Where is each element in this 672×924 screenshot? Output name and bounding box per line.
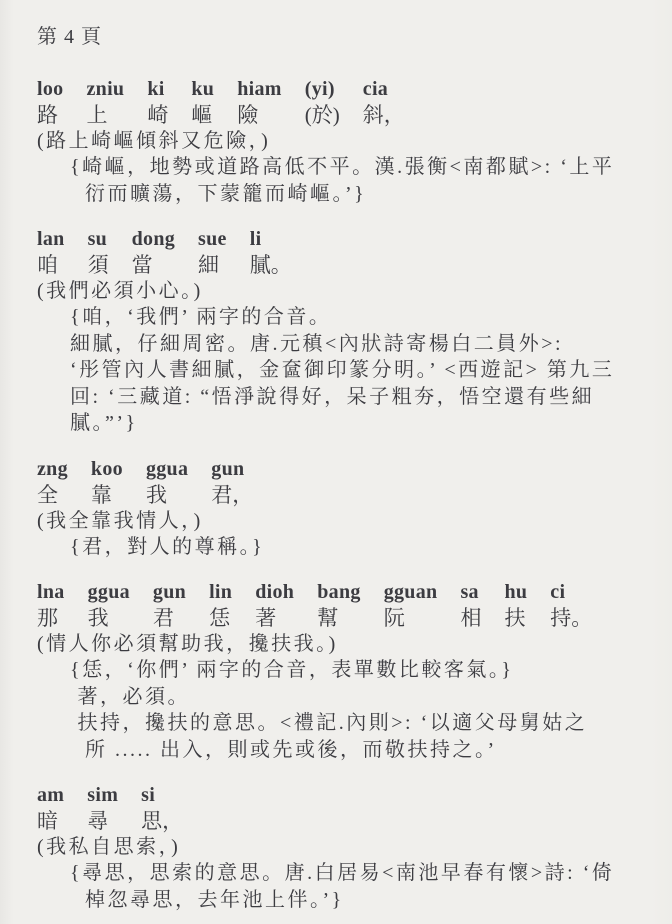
word-pair: ki 崎 (147, 76, 168, 128)
chinese-gloss-character: 幫 (317, 605, 338, 631)
annotation-line: 膩。”’} (70, 410, 648, 437)
word-pair: su 須 (88, 226, 109, 278)
romanized-syllable: dioh (255, 579, 294, 605)
chinese-gloss-character: 阮 (384, 605, 405, 631)
interlinear-line: lan 咱 su 須 dong 當 (37, 226, 648, 278)
word-pair: hu 扶 (504, 579, 527, 631)
romanized-syllable: ku (191, 76, 214, 102)
word-pair: dong 當 (132, 226, 175, 278)
annotation-line: {尋思，思索的意思。唐.白居易<南池早春有懷>詩: ‘倚 (70, 860, 648, 887)
word-pair: gun 君， (211, 456, 253, 508)
romanized-syllable: si (141, 782, 155, 808)
romanized-syllable: zng (37, 456, 68, 482)
interlinear-line: loo 路 zniu 上 ki 崎 (37, 76, 648, 128)
annotation-line: 回: ‘三藏道: “悟淨說得好，呆子粗夯，悟空還有些細 (70, 384, 648, 411)
romanized-syllable: gguan (384, 579, 438, 605)
annotation-line: 扶持，攙扶的意思。<禮記.內則>: ‘以適父母舅姑之 (70, 710, 648, 737)
interlinear-line: zng 全 koo 靠 ggua 我 (37, 456, 648, 508)
chinese-gloss-character: 君， (211, 482, 253, 508)
chinese-gloss-character: 我 (88, 605, 109, 631)
romanized-syllable: su (88, 226, 108, 252)
chinese-gloss-character: 著 (255, 605, 276, 631)
word-pair: lna 那 (37, 579, 65, 631)
word-pair: zng 全 (37, 456, 68, 508)
word-pair: hiam 險 (237, 76, 282, 128)
annotation-line: {恁，‘你們’ 兩字的合音，表單數比較客氣。} (70, 657, 648, 684)
word-pair: ggua 我 (146, 456, 188, 508)
word-pair: si 思， (141, 782, 183, 834)
romanized-syllable: hu (504, 579, 527, 605)
mandarin-translation-line: (我全靠我情人，) (37, 508, 648, 534)
romanized-syllable: koo (91, 456, 123, 482)
chinese-gloss-character: 細 (198, 252, 219, 278)
chinese-gloss-character: 斜， (363, 102, 405, 128)
chinese-gloss-character: 我 (146, 482, 167, 508)
mandarin-translation-line: (路上崎嶇傾斜又危險，) (37, 128, 648, 154)
annotation-line: 所 ..... 出入，則或先或後，而敬扶持之。’ (70, 737, 648, 764)
romanized-syllable: zniu (86, 76, 124, 102)
chinese-gloss-character: 崎 (147, 102, 168, 128)
romanized-syllable: sa (460, 579, 478, 605)
romanized-syllable: ki (147, 76, 164, 102)
romanized-syllable: lna (37, 579, 65, 605)
word-pair: lin 恁 (209, 579, 232, 631)
scanned-document-page: 第 4 頁 loo 路 zniu 上 (0, 0, 672, 924)
stanza: loo 路 zniu 上 ki 崎 (37, 76, 648, 207)
chinese-gloss-character: 上 (86, 102, 107, 128)
annotation-block: {恁，‘你們’ 兩字的合音，表單數比較客氣。} 著，必須。 扶持，攙扶的意思。<… (70, 657, 648, 763)
annotation-line: {崎嶇，地勢或道路高低不平。漢.張衡<南都賦>: ‘上平 (70, 154, 648, 181)
word-pair: gguan 阮 (384, 579, 438, 631)
romanized-syllable: hiam (237, 76, 282, 102)
romanized-syllable: ggua (88, 579, 130, 605)
chinese-gloss-character: 扶 (504, 605, 525, 631)
romanized-syllable: dong (132, 226, 175, 252)
annotation-line: ‘彤管內人書細膩，金奩御印篆分明。’ <西遊記> 第九三 (70, 357, 648, 384)
chinese-gloss-character: 路 (37, 102, 58, 128)
chinese-gloss-character: 君 (153, 605, 174, 631)
word-pair: bang 幫 (317, 579, 360, 631)
romanized-syllable: (yi) (305, 76, 335, 102)
romanized-syllable: lin (209, 579, 232, 605)
interlinear-line: am 暗 sim 尋 si 思， (37, 782, 648, 834)
word-pair: cia 斜， (363, 76, 405, 128)
chinese-gloss-character: 思， (141, 808, 183, 834)
word-pair: ci 持。 (550, 579, 592, 631)
chinese-gloss-character: 相 (460, 605, 481, 631)
chinese-gloss-character: 那 (37, 605, 58, 631)
annotation-line: 衍而曠蕩，下蒙籠而崎嶇。’} (70, 181, 648, 208)
annotation-line: 棹忽尋思，去年池上伴。’} (70, 887, 648, 914)
romanized-syllable: am (37, 782, 64, 808)
annotation-line: 著，必須。 (70, 684, 648, 711)
romanized-syllable: gun (153, 579, 186, 605)
annotation-block: {君，對人的尊稱。} (70, 534, 648, 561)
chinese-gloss-character: 膩。 (250, 252, 292, 278)
romanized-syllable: loo (37, 76, 63, 102)
stanza: lan 咱 su 須 dong 當 (37, 226, 648, 437)
romanized-syllable: sim (87, 782, 118, 808)
word-pair: dioh 著 (255, 579, 294, 631)
page-number-header: 第 4 頁 (37, 24, 648, 50)
annotation-line: {君，對人的尊稱。} (70, 534, 648, 561)
annotation-line: {咱，‘我們’ 兩字的合音。 (70, 304, 648, 331)
word-pair: koo 靠 (91, 456, 123, 508)
word-pair: sa 相 (460, 579, 481, 631)
mandarin-translation-line: (我們必須小心。) (37, 278, 648, 304)
word-pair: loo 路 (37, 76, 63, 128)
word-pair: am 暗 (37, 782, 64, 834)
word-pair: sue 細 (198, 226, 227, 278)
mandarin-translation-line: (情人你必須幫助我，攙扶我。) (37, 631, 648, 657)
chinese-gloss-character: 靠 (91, 482, 112, 508)
stanza-list: loo 路 zniu 上 ki 崎 (37, 76, 648, 913)
romanized-syllable: bang (317, 579, 360, 605)
chinese-gloss-character: 咱 (37, 252, 58, 278)
interlinear-line: lna 那 ggua 我 gun 君 (37, 579, 648, 631)
romanized-syllable: cia (363, 76, 388, 102)
romanized-syllable: ci (550, 579, 565, 605)
word-pair: li 膩。 (250, 226, 292, 278)
romanized-syllable: ggua (146, 456, 188, 482)
romanized-syllable: lan (37, 226, 65, 252)
chinese-gloss-character: 全 (37, 482, 58, 508)
chinese-gloss-character: 暗 (37, 808, 58, 834)
stanza: am 暗 sim 尋 si 思， (我私自思索， (37, 782, 648, 913)
romanized-syllable: sue (198, 226, 227, 252)
word-pair: (yi) (於) (305, 76, 340, 128)
stanza: lna 那 ggua 我 gun 君 (37, 579, 648, 763)
annotation-line: 細膩，仔細周密。唐.元稹<內狀詩寄楊白二員外>: (70, 331, 648, 358)
chinese-gloss-character: 當 (132, 252, 153, 278)
chinese-gloss-character: 須 (88, 252, 109, 278)
annotation-block: {崎嶇，地勢或道路高低不平。漢.張衡<南都賦>: ‘上平 衍而曠蕩，下蒙籠而崎嶇… (70, 154, 648, 207)
romanized-syllable: gun (211, 456, 244, 482)
annotation-block: {咱，‘我們’ 兩字的合音。 細膩，仔細周密。唐.元稹<內狀詩寄楊白二員外>: … (70, 304, 648, 437)
annotation-block: {尋思，思索的意思。唐.白居易<南池早春有懷>詩: ‘倚 棹忽尋思，去年池上伴。… (70, 860, 648, 913)
chinese-gloss-character: 恁 (209, 605, 230, 631)
chinese-gloss-character: 嶇 (191, 102, 212, 128)
stanza: zng 全 koo 靠 ggua 我 (37, 456, 648, 561)
mandarin-translation-line: (我私自思索，) (37, 834, 648, 860)
word-pair: sim 尋 (87, 782, 118, 834)
word-pair: lan 咱 (37, 226, 65, 278)
word-pair: ggua 我 (88, 579, 130, 631)
chinese-gloss-character: 險 (237, 102, 258, 128)
word-pair: gun 君 (153, 579, 186, 631)
word-pair: ku 嶇 (191, 76, 214, 128)
romanized-syllable: li (250, 226, 262, 252)
chinese-gloss-character: 持。 (550, 605, 592, 631)
word-pair: zniu 上 (86, 76, 124, 128)
chinese-gloss-character: 尋 (87, 808, 108, 834)
chinese-gloss-character: (於) (305, 102, 340, 128)
